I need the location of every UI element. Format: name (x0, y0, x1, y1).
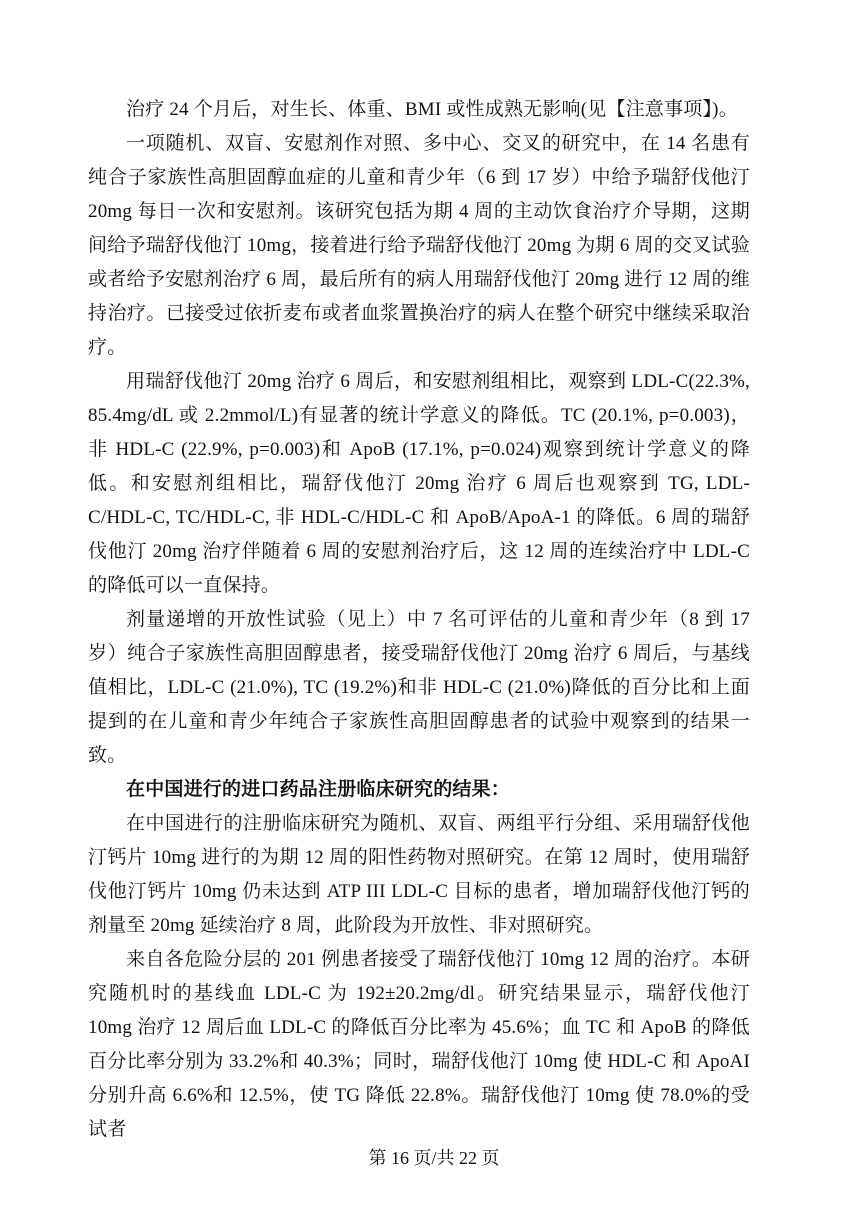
page-number-indicator: 第 16 页/共 22 页 (368, 1148, 499, 1168)
paragraph-6-week-results: 用瑞舒伐他汀 20mg 治疗 6 周后，和安慰剂组相比，观察到 LDL-C(22… (88, 365, 750, 603)
section-heading-china-registration-results: 在中国进行的进口药品注册临床研究的结果： (88, 773, 750, 807)
paragraph-china-study-design: 在中国进行的注册临床研究为随机、双盲、两组平行分组、采用瑞舒伐他汀钙片 10mg… (88, 807, 750, 943)
paragraph-china-study-results: 来自各危险分层的 201 例患者接受了瑞舒伐他汀 10mg 12 周的治疗。本研… (88, 943, 750, 1147)
page-footer: 第 16 页/共 22 页 (0, 1146, 868, 1170)
paragraph-dose-escalation-trial: 剂量递增的开放性试验（见上）中 7 名可评估的儿童和青少年（8 到 17 岁）纯… (88, 603, 750, 773)
document-body: 治疗 24 个月后，对生长、体重、BMI 或性成熟无影响(见【注意事项】)。 一… (88, 93, 750, 1147)
paragraph-growth-effects: 治疗 24 个月后，对生长、体重、BMI 或性成熟无影响(见【注意事项】)。 (88, 93, 750, 127)
paragraph-crossover-study: 一项随机、双盲、安慰剂作对照、多中心、交叉的研究中，在 14 名患有纯合子家族性… (88, 127, 750, 365)
document-page: 治疗 24 个月后，对生长、体重、BMI 或性成熟无影响(见【注意事项】)。 一… (0, 0, 868, 1227)
